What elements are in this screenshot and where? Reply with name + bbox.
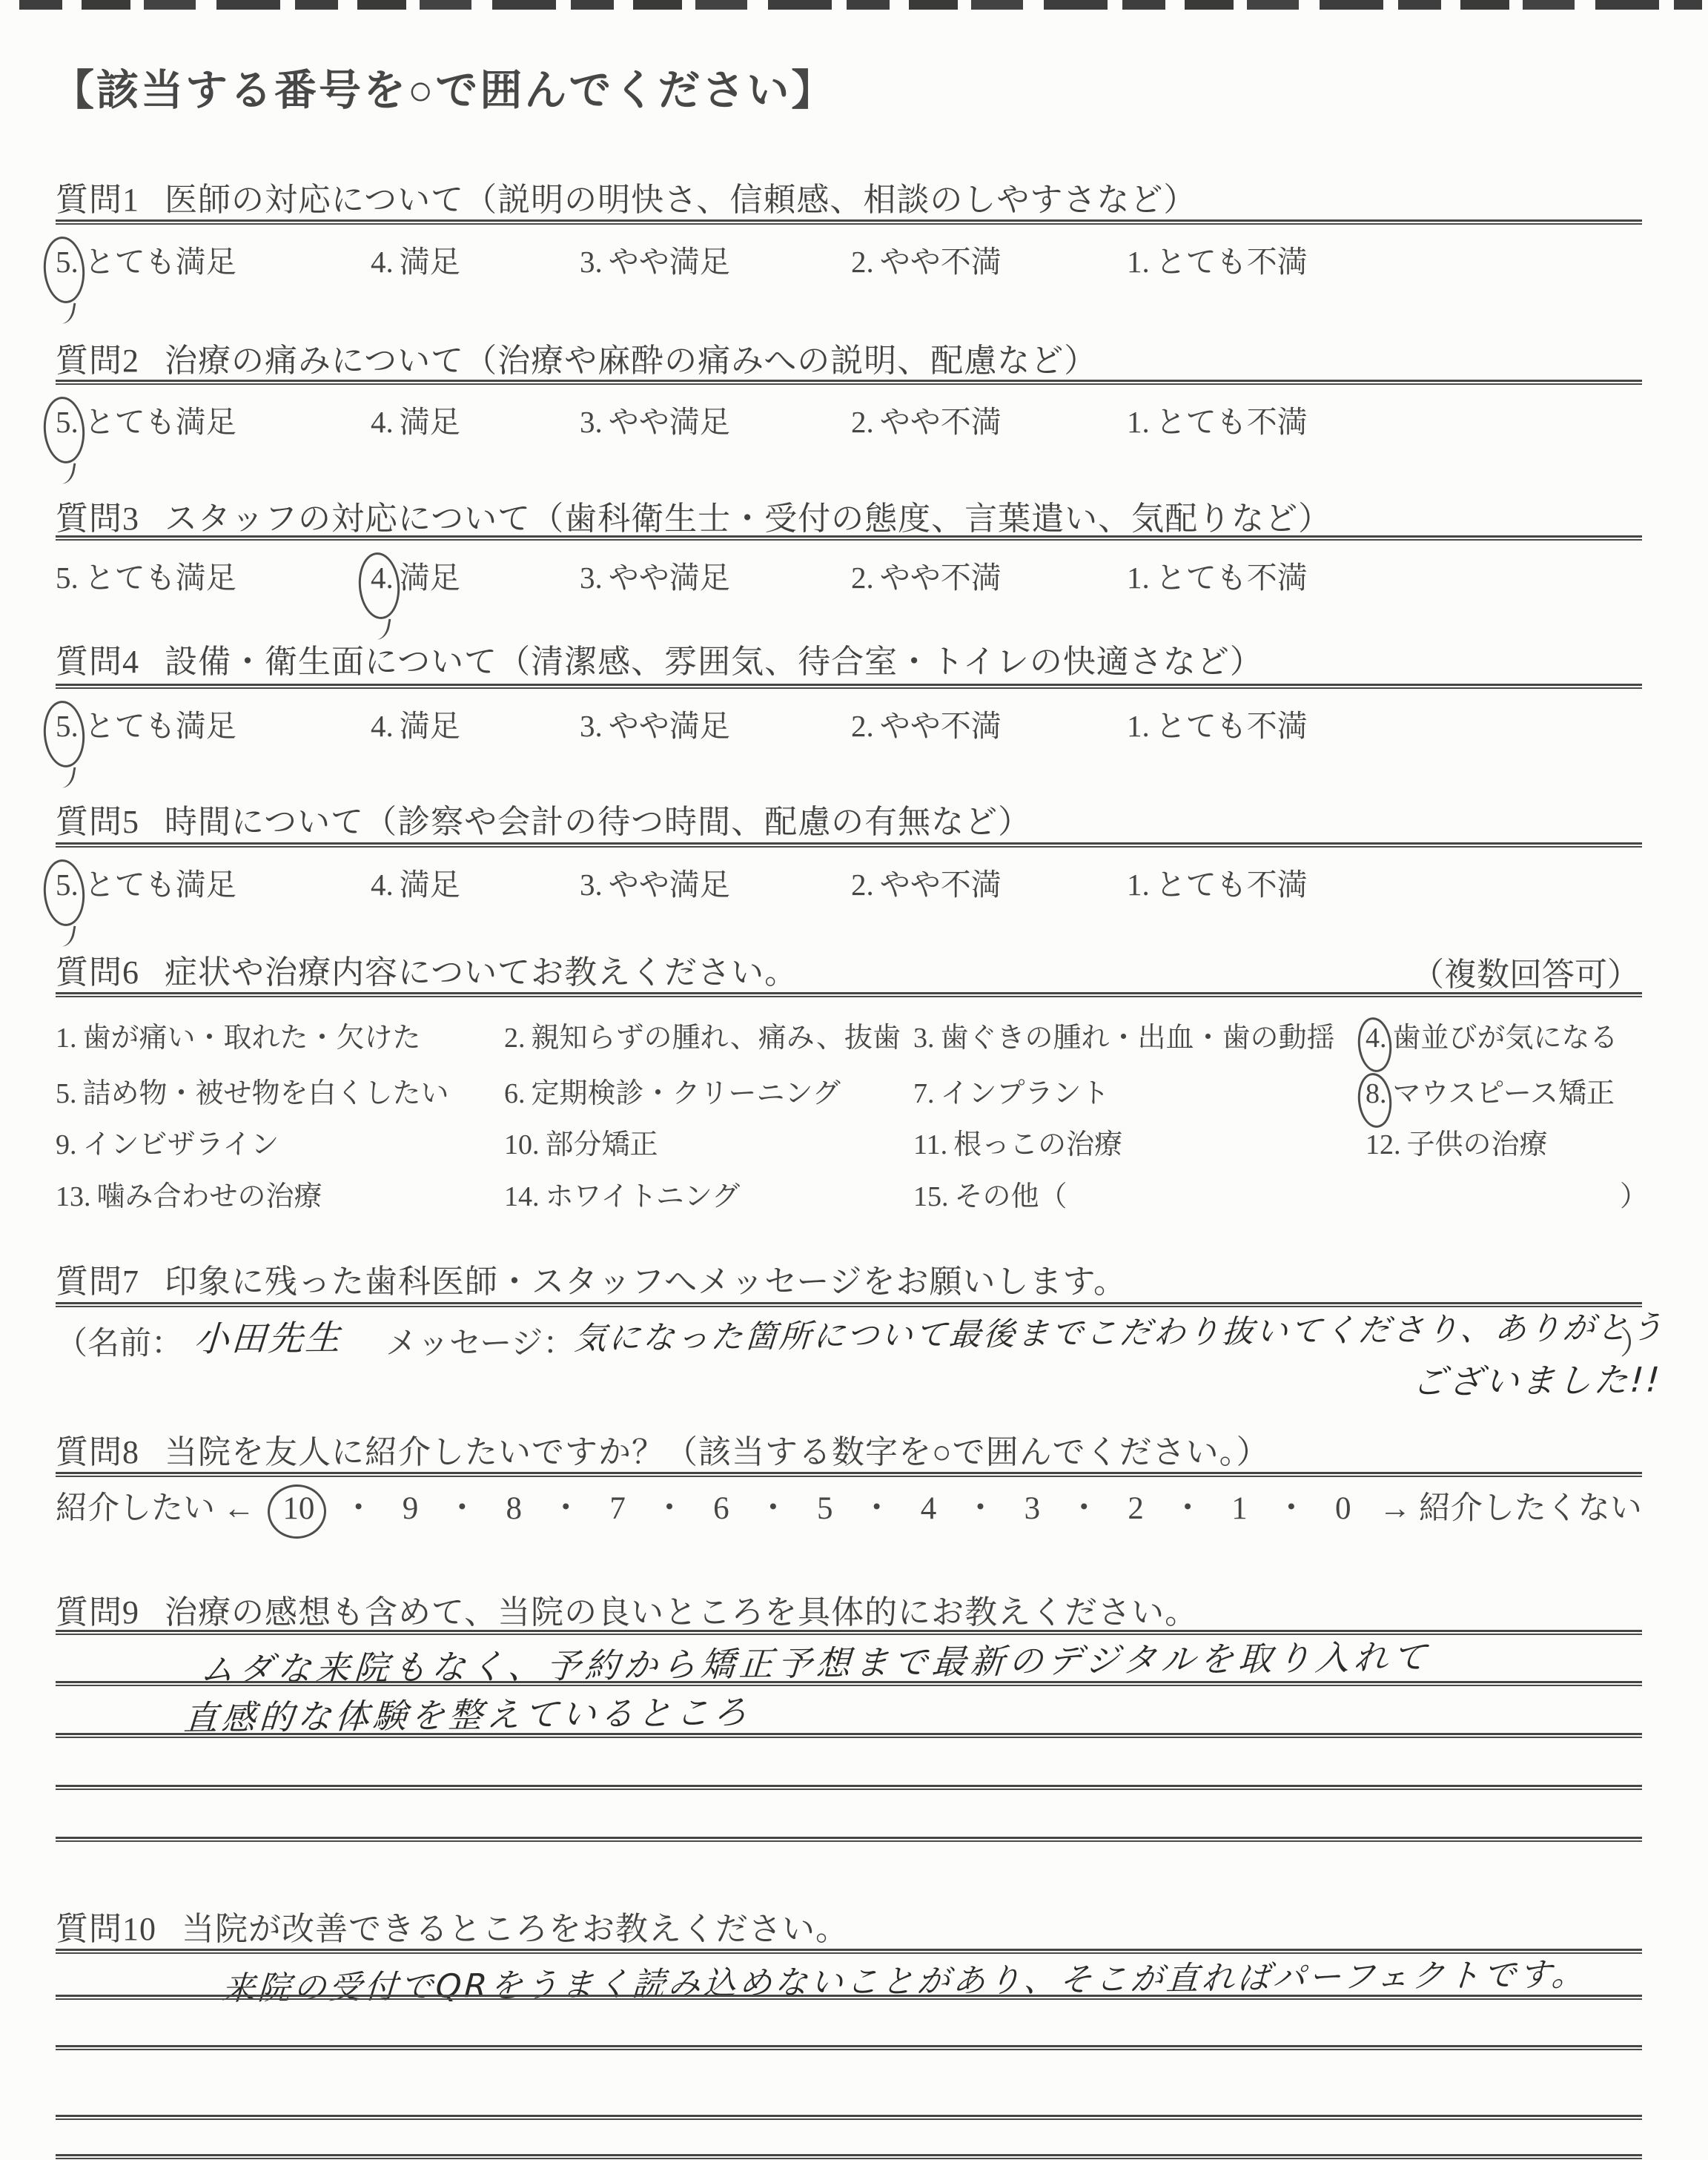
item-label: 噛み合わせの治療 <box>97 1181 322 1212</box>
question-4-number: 質問4 <box>56 644 139 680</box>
item-label: 歯ぐきの腫れ・出血・歯の動揺 <box>941 1023 1335 1054</box>
option-1: 1.とても不満 <box>1127 701 1308 745</box>
question-6-header: 質問6症状や治療内容についてお教えください。 <box>56 945 798 993</box>
item-label: 根っこの治療 <box>953 1129 1122 1160</box>
item-number: 9. <box>56 1129 77 1160</box>
multiple-answers-note: （複数回答可） <box>1411 948 1640 995</box>
circle-mark: 10 <box>282 1490 314 1527</box>
q6-item-8: 8.マウスピース矯正 <box>1366 1070 1615 1111</box>
option-label: やや満足 <box>609 245 730 279</box>
question-1-number: 質問1 <box>56 182 139 218</box>
dot-separator: ・ <box>1172 1483 1204 1528</box>
option-3: 3.やや満足 <box>580 860 730 904</box>
option-4: 4.満足 <box>371 397 460 441</box>
dot-separator: ・ <box>342 1483 374 1528</box>
option-2: 2.やや不満 <box>851 701 1002 745</box>
answer-ruled-line <box>56 2045 1642 2050</box>
item-label: 詰め物・被せ物を白くしたい <box>83 1078 449 1109</box>
item-number: 14. <box>504 1181 540 1212</box>
question-7-title: 印象に残った歯科医師・スタッフへメッセージをお願いします。 <box>165 1264 1127 1300</box>
nps-scale-row: 紹介したい ← 10 ・ 9 ・ 8 ・ 7 ・ 6 ・ 5 ・ 4 ・ 3 ・… <box>56 1483 1642 1528</box>
dot-separator: ・ <box>654 1483 686 1528</box>
dot-separator: ・ <box>861 1483 893 1528</box>
question-3-header: 質問3スタッフの対応について（歯科衛生士・受付の態度、言葉遣い、気配りなど） <box>56 492 1331 539</box>
divider <box>56 992 1642 997</box>
nps-number: 8 <box>506 1490 523 1527</box>
name-field-label: （名前： <box>56 1318 183 1364</box>
option-label: 満足 <box>400 245 460 279</box>
answer-ruled-line <box>56 1733 1642 1738</box>
question-9-header: 質問9治療の感想も含めて、当院の良いところを具体的にお教えください。 <box>56 1585 1198 1633</box>
q6-item-5: 5.詰め物・被せ物を白くしたい <box>56 1070 449 1111</box>
question-10-title: 当院が改善できるところをお教えください。 <box>182 1911 849 1947</box>
option-number: 1. <box>1127 405 1150 439</box>
divider <box>56 219 1642 225</box>
q6-item-15: 15.その他（ <box>913 1173 1067 1214</box>
dot-separator: ・ <box>1275 1483 1307 1528</box>
item-number: 13. <box>56 1181 91 1212</box>
option-number: 5. <box>56 561 79 595</box>
question-1-title: 医師の対応について（説明の明快さ、信頼感、相談のしやすさなど） <box>165 182 1196 218</box>
option-number: 1. <box>1127 245 1150 279</box>
name-field-handwritten-value: 小田先生 <box>193 1310 344 1361</box>
q6-item-7: 7.インプラント <box>913 1070 1110 1111</box>
item-number: 11. <box>913 1129 947 1160</box>
question-5-header: 質問5時間について（診察や会計の待つ時間、配慮の有無など） <box>56 795 1031 842</box>
option-1: 1.とても不満 <box>1127 237 1308 281</box>
option-label: とても不満 <box>1156 709 1308 743</box>
option-5: 5.とても満足 <box>56 397 236 441</box>
option-number: 1. <box>1127 868 1150 902</box>
option-5: 5.とても満足 <box>56 553 236 597</box>
item-label: ホワイトニング <box>546 1181 741 1212</box>
scanned-survey-page: 【該当する番号を○で囲んでください】 質問1医師の対応について（説明の明快さ、信… <box>0 0 1708 2160</box>
q9-handwritten-line2: 直感的な体験を整えているところ <box>182 1685 752 1740</box>
option-label: とても満足 <box>85 561 236 595</box>
item-number: 10. <box>504 1129 540 1160</box>
item-label: 定期検診・クリーニング <box>532 1078 841 1109</box>
option-label: とても満足 <box>85 245 236 279</box>
nps-number: 2 <box>1128 1490 1144 1527</box>
option-label: とても不満 <box>1156 405 1308 439</box>
option-number: 1. <box>1127 709 1150 743</box>
option-label: やや不満 <box>880 709 1002 743</box>
question-10-header: 質問10当院が改善できるところをお教えください。 <box>56 1902 849 1949</box>
q6-item-4: 4.歯並びが気になる <box>1366 1014 1618 1055</box>
question-4-header: 質問4設備・衛生面について（清潔感、雰囲気、待合室・トイレの快適さなど） <box>56 635 1263 682</box>
option-label: やや不満 <box>880 868 1002 902</box>
item-label: インプラント <box>941 1078 1110 1109</box>
option-5: 5.とても満足 <box>56 860 236 904</box>
divider <box>56 1472 1642 1477</box>
option-label: やや満足 <box>609 868 730 902</box>
question-2-options: 5.とても満足 4.満足 3.やや満足 2.やや不満 1.とても不満 <box>0 397 1708 449</box>
question-9-number: 質問9 <box>56 1594 139 1631</box>
option-3: 3.やや満足 <box>580 701 730 745</box>
question-8-title: 当院を友人に紹介したいですか？（該当する数字を○で囲んでください。） <box>165 1434 1270 1470</box>
message-handwritten-line2: ございました!! <box>1411 1353 1664 1404</box>
item-number: 3. <box>913 1023 935 1054</box>
item-number: 7. <box>913 1078 935 1109</box>
option-3: 3.やや満足 <box>580 553 730 597</box>
option-4: 4.満足 <box>371 860 460 904</box>
option-2: 2.やや不満 <box>851 553 1002 597</box>
circle-mark: 8. <box>1366 1077 1387 1110</box>
question-4-options: 5.とても満足 4.満足 3.やや満足 2.やや不満 1.とても不満 <box>0 701 1708 753</box>
divider <box>56 842 1642 848</box>
question-3-title: スタッフの対応について（歯科衛生士・受付の態度、言葉遣い、気配りなど） <box>165 501 1331 537</box>
option-5: 5.とても満足 <box>56 701 236 745</box>
option-2: 2.やや不満 <box>851 860 1002 904</box>
nps-number: 0 <box>1335 1490 1351 1527</box>
option-number: 2. <box>851 868 874 902</box>
option-label: 満足 <box>400 709 460 743</box>
nps-number: 6 <box>713 1490 729 1527</box>
item-label: 歯並びが気になる <box>1393 1023 1618 1054</box>
option-label: やや満足 <box>609 405 730 439</box>
q6-item-11: 11.根っこの治療 <box>913 1121 1122 1162</box>
item-number: 6. <box>504 1078 526 1109</box>
q6-item-6: 6.定期検診・クリーニング <box>504 1070 841 1111</box>
option-number: 4. <box>371 245 394 279</box>
option-label: やや不満 <box>880 405 1002 439</box>
question-2-title: 治療の痛みについて（治療や麻酔の痛みへの説明、配慮など） <box>165 343 1097 379</box>
item-label: 親知らずの腫れ、痛み、抜歯 <box>532 1023 901 1054</box>
option-number: 3. <box>580 245 603 279</box>
option-number: 1. <box>1127 561 1150 595</box>
option-1: 1.とても不満 <box>1127 553 1308 597</box>
question-5-number: 質問5 <box>56 804 139 840</box>
option-1: 1.とても不満 <box>1127 397 1308 441</box>
option-label: やや満足 <box>609 709 730 743</box>
nps-number: 9 <box>403 1490 419 1527</box>
option-number: 4. <box>371 405 394 439</box>
option-2: 2.やや不満 <box>851 397 1002 441</box>
question-6-number: 質問6 <box>56 954 139 991</box>
answer-ruled-line <box>56 1785 1642 1790</box>
q6-item-1: 1.歯が痛い・取れた・欠けた <box>56 1014 421 1055</box>
nps-left-label: 紹介したい ← <box>56 1483 255 1528</box>
question-2-number: 質問2 <box>56 343 139 379</box>
question-5-title: 時間について（診察や会計の待つ時間、配慮の有無など） <box>165 804 1031 840</box>
scan-edge-artifact <box>19 0 1702 10</box>
question-4-title: 設備・衛生面について（清潔感、雰囲気、待合室・トイレの快適さなど） <box>165 644 1263 680</box>
q6-item-14: 14.ホワイトニング <box>504 1173 740 1214</box>
question-7-header: 質問7印象に残った歯科医師・スタッフへメッセージをお願いします。 <box>56 1255 1127 1302</box>
nps-number: 4 <box>921 1490 937 1527</box>
nps-number: 3 <box>1025 1490 1041 1527</box>
dot-separator: ・ <box>550 1483 582 1528</box>
option-label: やや不満 <box>880 561 1002 595</box>
option-number: 2. <box>851 709 874 743</box>
option-number: 3. <box>580 868 603 902</box>
q6-other-close-paren: ） <box>1620 1173 1648 1214</box>
option-number: 4. <box>371 868 394 902</box>
q10-handwritten-line1: 来院の受付でQRをうまく読み込めないことがあり、そこが直ればパーフェクトです。 <box>221 1947 1589 2009</box>
message-field-label: メッセージ： <box>385 1318 575 1364</box>
dot-separator: ・ <box>446 1483 478 1528</box>
question-1-options: 5.とても満足 4.満足 3.やや満足 2.やや不満 1.とても不満 <box>0 237 1708 289</box>
option-label: 満足 <box>400 561 460 595</box>
option-label: やや不満 <box>880 245 1002 279</box>
q6-item-3: 3.歯ぐきの腫れ・出血・歯の動揺 <box>913 1014 1335 1055</box>
nps-right-label: → 紹介したくない <box>1379 1483 1642 1528</box>
answer-ruled-line <box>56 2154 1642 2159</box>
dot-separator: ・ <box>964 1483 996 1528</box>
option-label: とても不満 <box>1156 245 1308 279</box>
option-number: 3. <box>580 709 603 743</box>
circle-mark: 5. <box>56 708 79 744</box>
item-number: 2. <box>504 1023 526 1054</box>
circle-mark: 4. <box>371 560 394 595</box>
circle-mark: 5. <box>56 867 79 902</box>
page-title: 【該当する番号を○で囲んでください】 <box>52 56 835 117</box>
nps-number: 1 <box>1231 1490 1248 1527</box>
item-label: 歯が痛い・取れた・欠けた <box>83 1023 421 1054</box>
question-7-number: 質問7 <box>56 1264 139 1300</box>
question-6-title: 症状や治療内容についてお教えください。 <box>165 954 798 991</box>
nps-number: 7 <box>609 1490 626 1527</box>
dot-separator: ・ <box>1068 1483 1100 1528</box>
question-10-number: 質問10 <box>56 1911 156 1947</box>
option-number: 3. <box>580 405 603 439</box>
dot-separator: ・ <box>757 1483 789 1528</box>
answer-ruled-line <box>56 2115 1642 2120</box>
question-9-title: 治療の感想も含めて、当院の良いところを具体的にお教えください。 <box>165 1594 1198 1631</box>
option-1: 1.とても不満 <box>1127 860 1308 904</box>
message-handwritten-line1: 気になった箇所について最後までこだわり抜いてくださり、ありがとう <box>573 1302 1666 1358</box>
option-label: とても不満 <box>1156 868 1308 902</box>
circle-mark: 5. <box>56 404 79 440</box>
answer-ruled-line <box>56 1837 1642 1842</box>
q6-item-13: 13.噛み合わせの治療 <box>56 1173 322 1214</box>
option-number: 2. <box>851 405 874 439</box>
divider <box>56 684 1642 689</box>
option-3: 3.やや満足 <box>580 397 730 441</box>
option-number: 2. <box>851 245 874 279</box>
question-3-options: 5.とても満足 4.満足 3.やや満足 2.やや不満 1.とても不満 <box>0 553 1708 605</box>
item-number: 1. <box>56 1023 77 1054</box>
q6-item-12: 12.子供の治療 <box>1366 1121 1548 1162</box>
circle-mark: 5. <box>56 244 79 280</box>
option-number: 4. <box>371 709 394 743</box>
divider <box>56 380 1642 385</box>
q6-item-2: 2.親知らずの腫れ、痛み、抜歯 <box>504 1014 901 1055</box>
option-2: 2.やや不満 <box>851 237 1002 281</box>
question-8-header: 質問8当院を友人に紹介したいですか？（該当する数字を○で囲んでください。） <box>56 1425 1270 1473</box>
item-label: 子供の治療 <box>1407 1129 1548 1160</box>
option-4: 4.満足 <box>371 701 460 745</box>
question-8-number: 質問8 <box>56 1434 139 1470</box>
item-number: 5. <box>56 1078 77 1109</box>
q6-item-10: 10.部分矯正 <box>504 1121 658 1162</box>
question-3-number: 質問3 <box>56 501 139 537</box>
option-label: やや満足 <box>609 561 730 595</box>
item-number: 15. <box>913 1181 949 1212</box>
option-label: とても不満 <box>1156 561 1308 595</box>
question-5-options: 5.とても満足 4.満足 3.やや満足 2.やや不満 1.とても不満 <box>0 860 1708 912</box>
option-number: 2. <box>851 561 874 595</box>
option-label: 満足 <box>400 868 460 902</box>
question-1-header: 質問1医師の対応について（説明の明快さ、信頼感、相談のしやすさなど） <box>56 173 1196 220</box>
option-3: 3.やや満足 <box>580 237 730 281</box>
answer-ruled-line <box>56 1681 1642 1686</box>
option-label: 満足 <box>400 405 460 439</box>
nps-number: 5 <box>817 1490 833 1527</box>
q6-item-9: 9.インビザライン <box>56 1121 279 1162</box>
item-label: その他（ <box>955 1181 1067 1212</box>
item-number: 12. <box>1366 1129 1401 1160</box>
item-label: マウスピース矯正 <box>1393 1078 1615 1109</box>
option-label: とても満足 <box>85 405 236 439</box>
divider <box>56 535 1642 541</box>
option-label: とても満足 <box>85 868 236 902</box>
option-4: 4.満足 <box>371 553 460 597</box>
circle-mark: 4. <box>1366 1022 1387 1054</box>
option-5: 5.とても満足 <box>56 237 236 281</box>
option-label: とても満足 <box>85 709 236 743</box>
item-label: インビザライン <box>83 1129 279 1160</box>
option-4: 4.満足 <box>371 237 460 281</box>
answer-ruled-line <box>56 1995 1642 2000</box>
item-label: 部分矯正 <box>546 1129 658 1160</box>
option-number: 3. <box>580 561 603 595</box>
question-2-header: 質問2治療の痛みについて（治療や麻酔の痛みへの説明、配慮など） <box>56 334 1097 381</box>
